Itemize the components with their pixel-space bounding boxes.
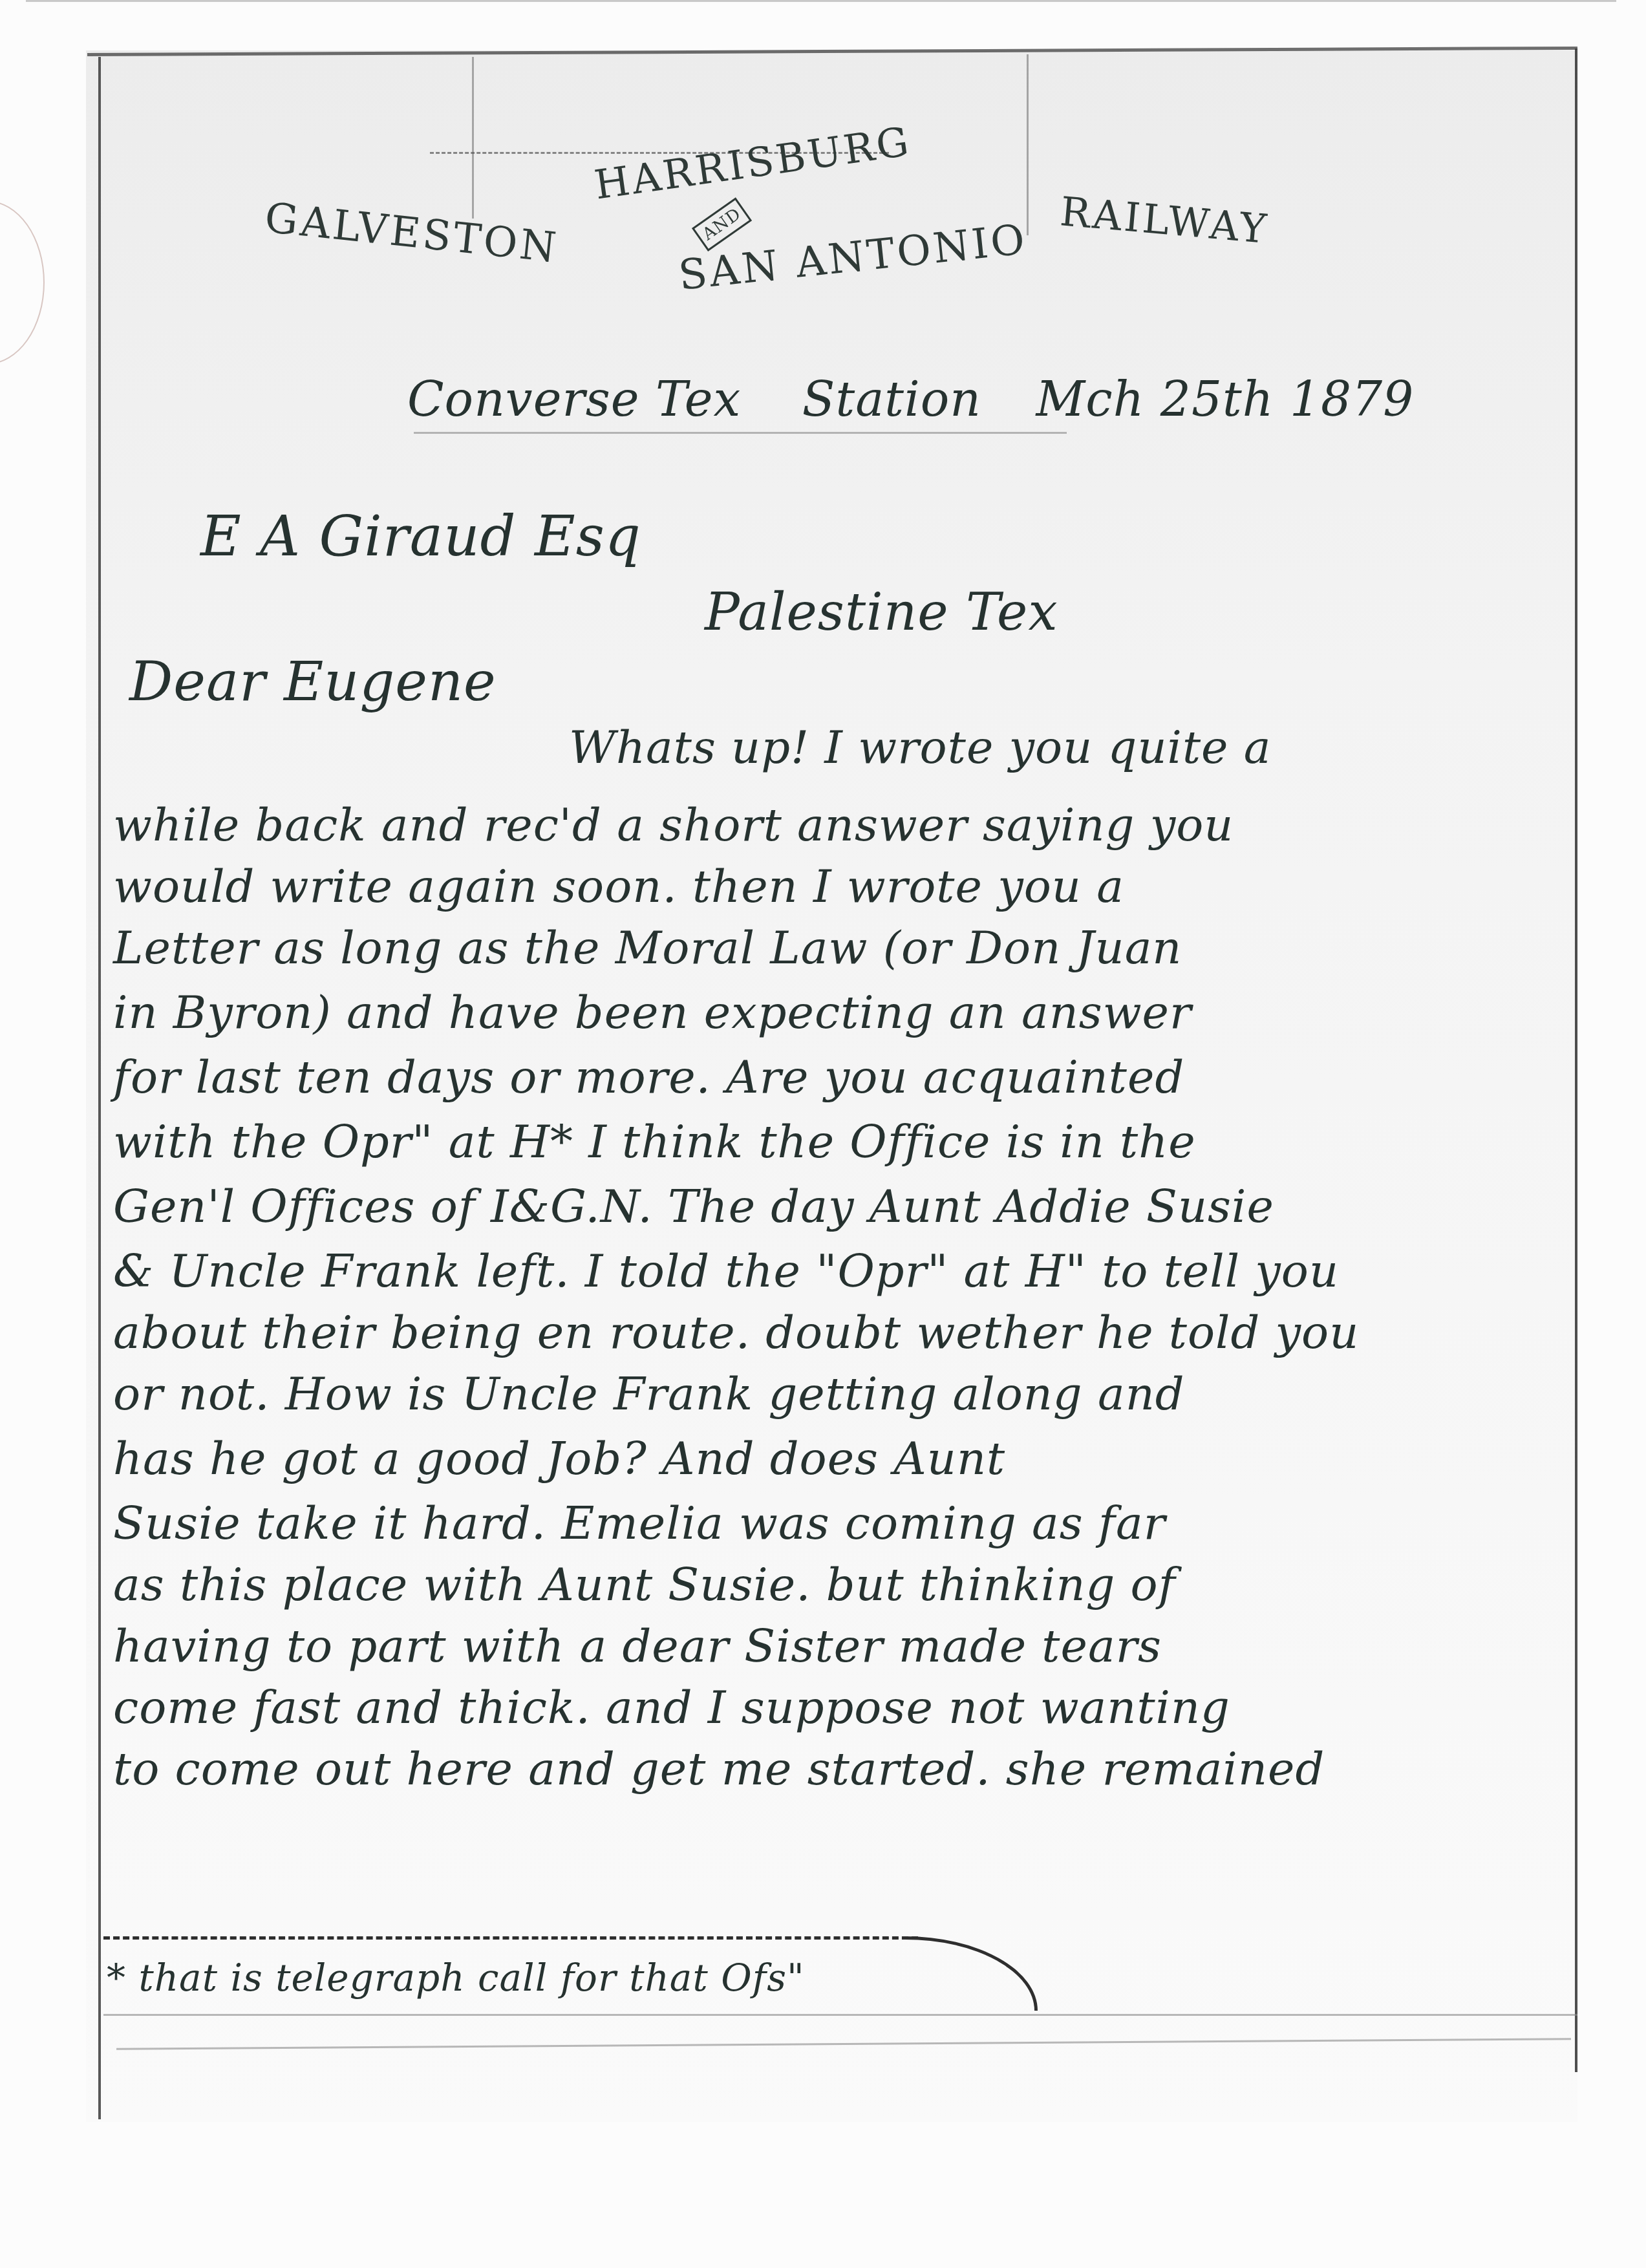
addressee-name: E A Giraud Esq [200,504,641,569]
body-line: about their being en route. doubt wether… [113,1306,1568,1359]
body-line: has he got a good Job? And does Aunt [113,1432,1568,1485]
body-line: Susie take it hard. Emelia was coming as… [113,1497,1568,1550]
dateline: Converse Tex Station Mch 25th 1879 [407,372,1414,427]
dateline-date: Mch 25th 1879 [1036,372,1414,427]
body-line: Letter as long as the Moral Law (or Don … [113,921,1568,974]
body-line: while back and rec'd a short answer sayi… [113,798,1568,851]
page-left-border [98,57,101,2119]
body-line: in Byron) and have been expecting an ans… [113,986,1568,1039]
body-line: with the Opr" at H* I think the Office i… [113,1115,1568,1168]
dateline-place: Converse Tex [407,372,741,427]
fold-line-right [1027,54,1029,235]
body-line: Whats up! I wrote you quite a [569,721,1565,774]
body-line: or not. How is Uncle Frank getting along… [113,1367,1568,1420]
dateline-station-label: Station [802,372,981,427]
page-ruled-line [103,2014,1577,2016]
body-line: come fast and thick. and I suppose not w… [113,1681,1568,1734]
body-line: having to part with a dear Sister made t… [113,1620,1568,1673]
body-line: & Uncle Frank left. I told the "Opr" at … [113,1245,1568,1298]
page-right-border [1575,48,1577,2072]
body-line: as this place with Aunt Susie. but think… [113,1558,1568,1611]
fold-line-left [472,57,474,219]
footnote: * that is telegraph call for that Ofs" [107,1956,805,2000]
addressee-city: Palestine Tex [705,582,1058,642]
salutation: Dear Eugene [129,650,497,713]
dateline-rule [414,432,1067,434]
body-line: for last ten days or more. Are you acqua… [113,1051,1568,1104]
scan-artifact-arc [0,200,45,365]
body-line: Gen'l Offices of I&G.N. The day Aunt Add… [113,1180,1568,1233]
body-line: to come out here and get me started. she… [113,1742,1568,1795]
footnote-divider [103,1936,918,1940]
scan-edge [26,0,1616,2]
body-line: would write again soon. then I wrote you… [113,860,1568,913]
